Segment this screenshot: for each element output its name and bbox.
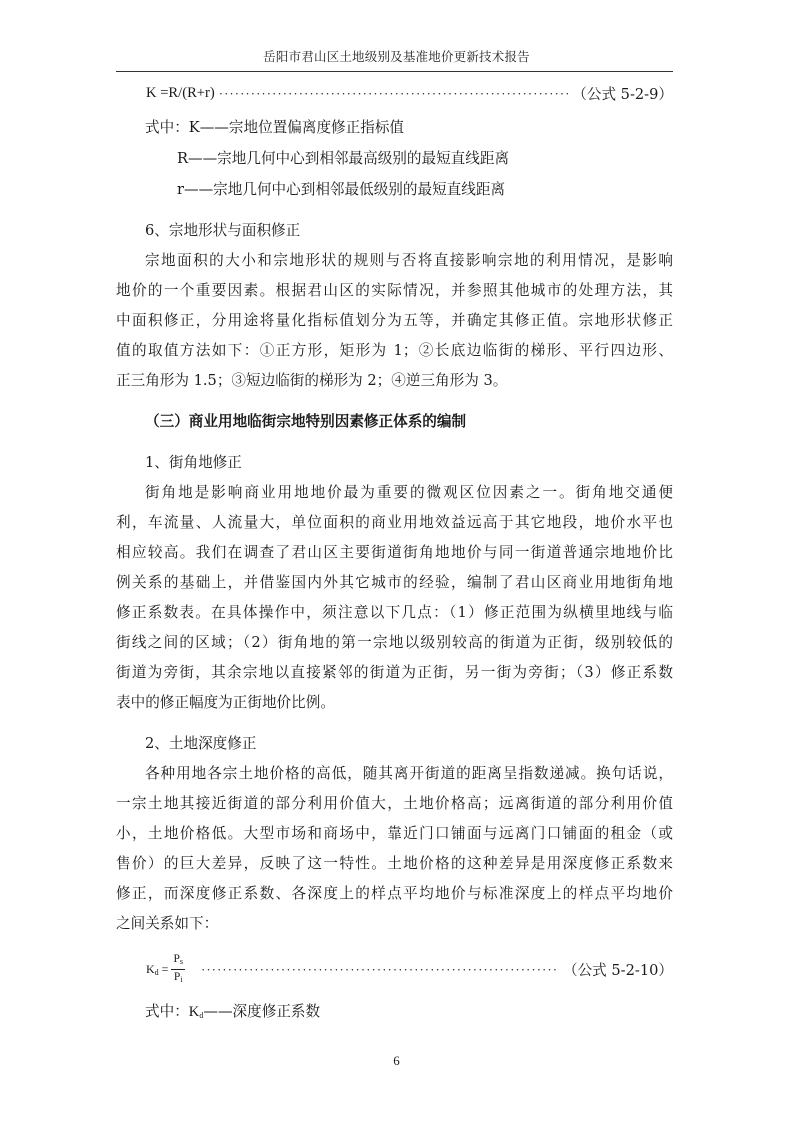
- page-number: 6: [0, 1053, 793, 1069]
- paragraph-line: 相应较高。我们在调查了君山区主要街道街角地地价与同一街道普通宗地地价比: [116, 543, 673, 563]
- paragraph-line: 宗地面积的大小和宗地形状的规则与否将直接影响宗地的利用情况，是影响: [145, 251, 673, 271]
- paragraph-line: 街线之间的区域；（2）街角地的第一宗地以级别较高的街道为正街，级别较低的: [116, 633, 673, 653]
- formula-expression: K =R/(R+r): [146, 85, 215, 102]
- paragraph-line: 地价的一个重要因素。根据君山区的实际情况，并参照其他城市的处理方法，其: [116, 281, 673, 301]
- paragraph-line: 值的取值方法如下：①正方形，矩形为 1；②长底边临街的梯形、平行四边形、: [116, 341, 673, 361]
- formula-lhs: Kd =: [146, 962, 168, 977]
- formula-label: （公式 5-2-10）: [563, 959, 673, 980]
- subsection-heading-corner-lot: 1、街角地修正: [145, 453, 242, 473]
- denominator-subscript: i: [180, 975, 182, 984]
- paragraph-line: 正三角形为 1.5；③短边临街的梯形为 2；④逆三角形为 3。: [116, 371, 507, 391]
- definition-R: R——宗地几何中心到相邻最高级别的最短直线距离: [177, 149, 509, 169]
- definition-prefix: 式中：: [145, 1003, 189, 1020]
- definition-k: K——宗地位置偏离度修正指标值: [189, 119, 404, 136]
- section-heading-commercial-street: （三）商业用地临街宗地特别因素修正体系的编制: [145, 412, 466, 432]
- dot-leader: ········································…: [219, 86, 569, 102]
- paragraph-line: 小，土地价格低。大型市场和商场中，靠近门口铺面与远离门口铺面的租金（或: [116, 824, 673, 844]
- definition-prefix: 式中：: [145, 119, 189, 136]
- definition-description: ——深度修正系数: [203, 1003, 320, 1020]
- paragraph-line: 修正，而深度修正系数、各深度上的样点平均地价与标准深度上的样点平均地价: [116, 884, 673, 904]
- definition-kd: 式中：Kd——深度修正系数: [145, 1002, 320, 1022]
- fraction-denominator: Pi: [172, 970, 185, 987]
- formula-5-2-9: K =R/(R+r) ·····························…: [146, 83, 673, 104]
- formula-lhs-symbol: K: [146, 962, 155, 976]
- paragraph-line: 表中的修正幅度为正街地价比例。: [116, 693, 335, 713]
- paragraph-line: 售价）的巨大差异，反映了这一特性。土地价格的这种差异是用深度修正系数来: [116, 854, 673, 874]
- formula-5-2-10: Kd = Ps Pi ·····························…: [146, 952, 673, 987]
- section-heading-shape-area: 6、宗地形状与面积修正: [145, 221, 300, 241]
- paragraph-line: 各种用地各宗土地价格的高低，随其离开街道的距离呈指数递减。换句话说，: [145, 764, 673, 784]
- paragraph-line: 街角地是影响商业用地地价最为重要的微观区位因素之一。街角地交通便: [145, 483, 673, 503]
- paragraph-line: 中面积修正，分用途将量化指标值划分为五等，并确定其修正值。宗地形状修正: [116, 311, 673, 331]
- formula-lhs-subscript: d: [155, 968, 159, 977]
- numerator-subscript: s: [180, 957, 183, 966]
- paragraph-line: 利，车流量、人流量大，单位面积的商业用地效益远高于其它地段，地价水平也: [116, 513, 673, 533]
- definition-symbol: K: [189, 1004, 200, 1020]
- formula-fraction: Ps Pi: [171, 952, 185, 987]
- header-divider: [116, 71, 673, 72]
- paragraph-line: 之间关系如下：: [116, 914, 218, 934]
- definition-r: r——宗地几何中心到相邻最低级别的最短直线距离: [177, 180, 505, 200]
- fraction-numerator: Ps: [171, 952, 185, 970]
- paragraph-line: 修正系数表。在具体操作中，须注意以下几点：（1）修正范围为纵横里地线与临: [116, 603, 673, 623]
- paragraph-line: 一宗土地其接近街道的部分利用价值大，土地价格高；远离街道的部分利用价值: [116, 794, 673, 814]
- dot-leader: ········································…: [201, 962, 559, 978]
- subsection-heading-depth: 2、土地深度修正: [145, 734, 256, 754]
- report-title: 岳阳市君山区土地级别及基准地价更新技术报告: [0, 47, 793, 65]
- paragraph-line: 街道为旁街，其余宗地以直接紧邻的街道为正街，另一街为旁街；（3）修正系数: [116, 663, 673, 683]
- formula-label: （公式 5-2-9）: [572, 83, 673, 104]
- formula-equals: =: [162, 962, 169, 976]
- definition-line: 式中：K——宗地位置偏离度修正指标值: [145, 118, 404, 138]
- paragraph-line: 例关系的基础上，并借鉴国内外其它城市的经验，编制了君山区商业用地街角地: [116, 573, 673, 593]
